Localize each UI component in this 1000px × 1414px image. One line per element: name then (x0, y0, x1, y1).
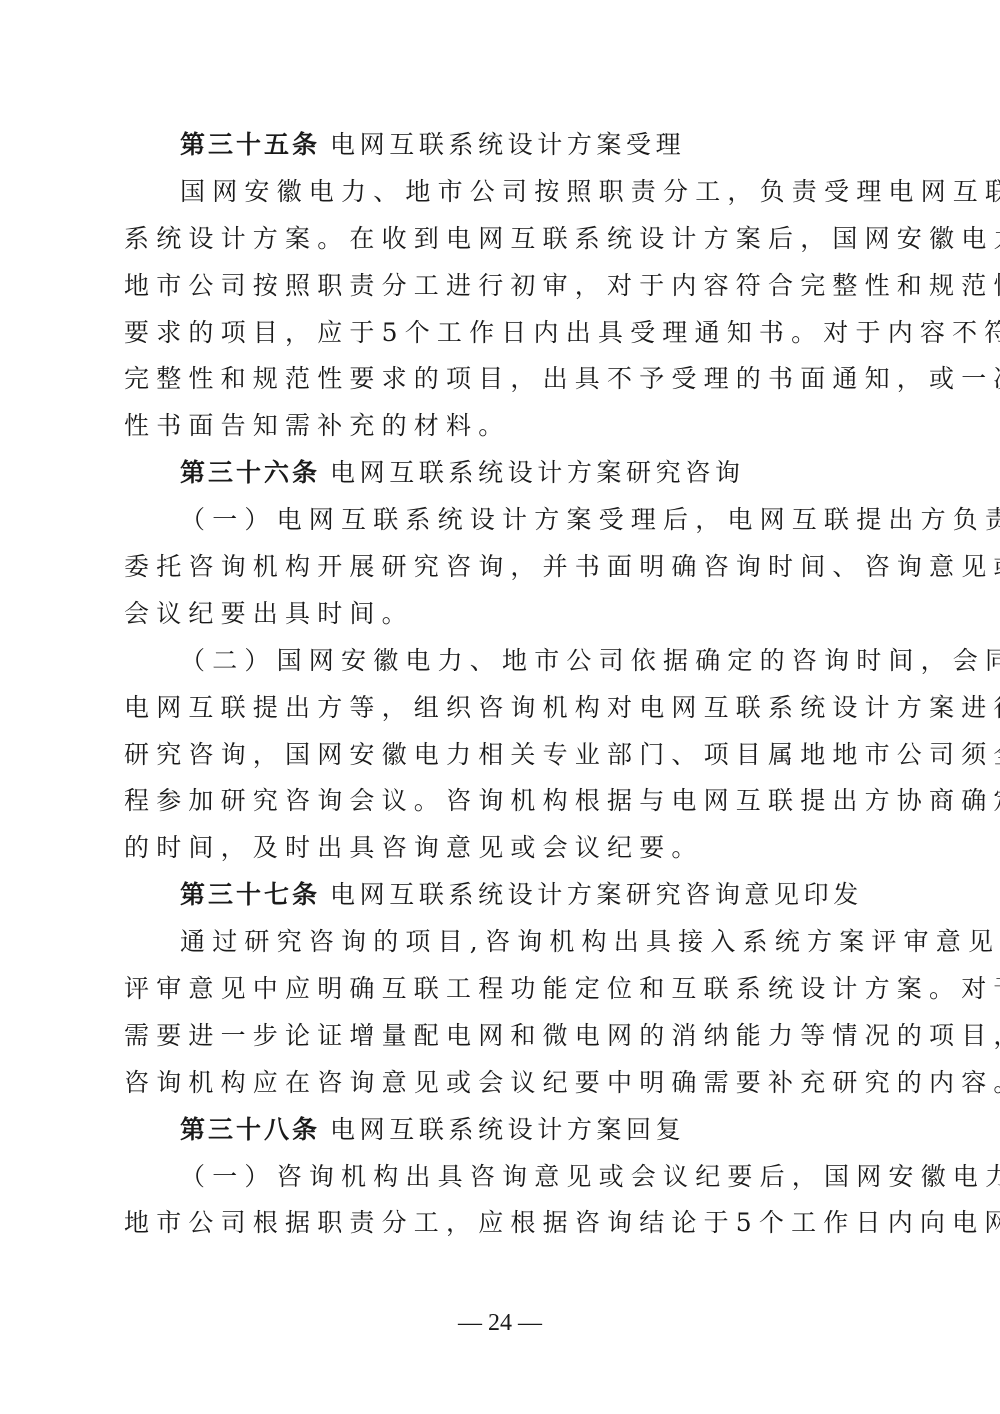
article-title: 电网互联系统设计方案研究咨询 (330, 458, 744, 487)
paragraph-line: （一）咨询机构出具咨询意见或会议纪要后，国网安徽电力、 (124, 1154, 878, 1201)
paragraph-line: 国网安徽电力、地市公司按照职责分工，负责受理电网互联 (124, 169, 878, 216)
article-number: 第三十八条 (180, 1115, 320, 1144)
article-title: 电网互联系统设计方案回复 (330, 1115, 685, 1144)
article-title: 电网互联系统设计方案研究咨询意见印发 (330, 880, 863, 909)
article-number: 第三十七条 (180, 880, 320, 909)
paragraph-line: 要求的项目，应于5个工作日内出具受理通知书。对于内容不符合 (124, 310, 878, 357)
article-heading-35: 第三十五条电网互联系统设计方案受理 (124, 122, 878, 169)
paragraph-line: （二）国网安徽电力、地市公司依据确定的咨询时间，会同 (124, 638, 878, 685)
paragraph-line: 地市公司根据职责分工，应根据咨询结论于5个工作日内向电网 (124, 1200, 878, 1247)
paragraph-line: 咨询机构应在咨询意见或会议纪要中明确需要补充研究的内容。 (124, 1060, 878, 1107)
article-number: 第三十五条 (180, 130, 320, 159)
paragraph-line: 研究咨询，国网安徽电力相关专业部门、项目属地地市公司须全 (124, 732, 878, 779)
paragraph-line: 通过研究咨询的项目,咨询机构出具接入系统方案评审意见, (124, 919, 878, 966)
article-heading-36: 第三十六条电网互联系统设计方案研究咨询 (124, 450, 878, 497)
paragraph-line: （一）电网互联系统设计方案受理后，电网互联提出方负责 (124, 497, 878, 544)
paragraph-line: 系统设计方案。在收到电网互联系统设计方案后，国网安徽电力、 (124, 216, 878, 263)
article-number: 第三十六条 (180, 458, 320, 487)
article-title: 电网互联系统设计方案受理 (330, 130, 685, 159)
article-heading-38: 第三十八条电网互联系统设计方案回复 (124, 1107, 878, 1154)
page-number: — 24 — (0, 1310, 1000, 1337)
paragraph-line: 会议纪要出具时间。 (124, 591, 878, 638)
paragraph-line: 完整性和规范性要求的项目，出具不予受理的书面通知，或一次 (124, 356, 878, 403)
article-heading-37: 第三十七条电网互联系统设计方案研究咨询意见印发 (124, 872, 878, 919)
paragraph-line: 的时间，及时出具咨询意见或会议纪要。 (124, 825, 878, 872)
paragraph-line: 委托咨询机构开展研究咨询，并书面明确咨询时间、咨询意见或 (124, 544, 878, 591)
paragraph-line: 性书面告知需补充的材料。 (124, 403, 878, 450)
document-page: 第三十五条电网互联系统设计方案受理 国网安徽电力、地市公司按照职责分工，负责受理… (124, 122, 878, 1247)
paragraph-line: 电网互联提出方等，组织咨询机构对电网互联系统设计方案进行 (124, 685, 878, 732)
paragraph-line: 需要进一步论证增量配电网和微电网的消纳能力等情况的项目， (124, 1013, 878, 1060)
paragraph-line: 程参加研究咨询会议。咨询机构根据与电网互联提出方协商确定 (124, 778, 878, 825)
paragraph-line: 评审意见中应明确互联工程功能定位和互联系统设计方案。对于 (124, 966, 878, 1013)
paragraph-line: 地市公司按照职责分工进行初审，对于内容符合完整性和规范性 (124, 263, 878, 310)
